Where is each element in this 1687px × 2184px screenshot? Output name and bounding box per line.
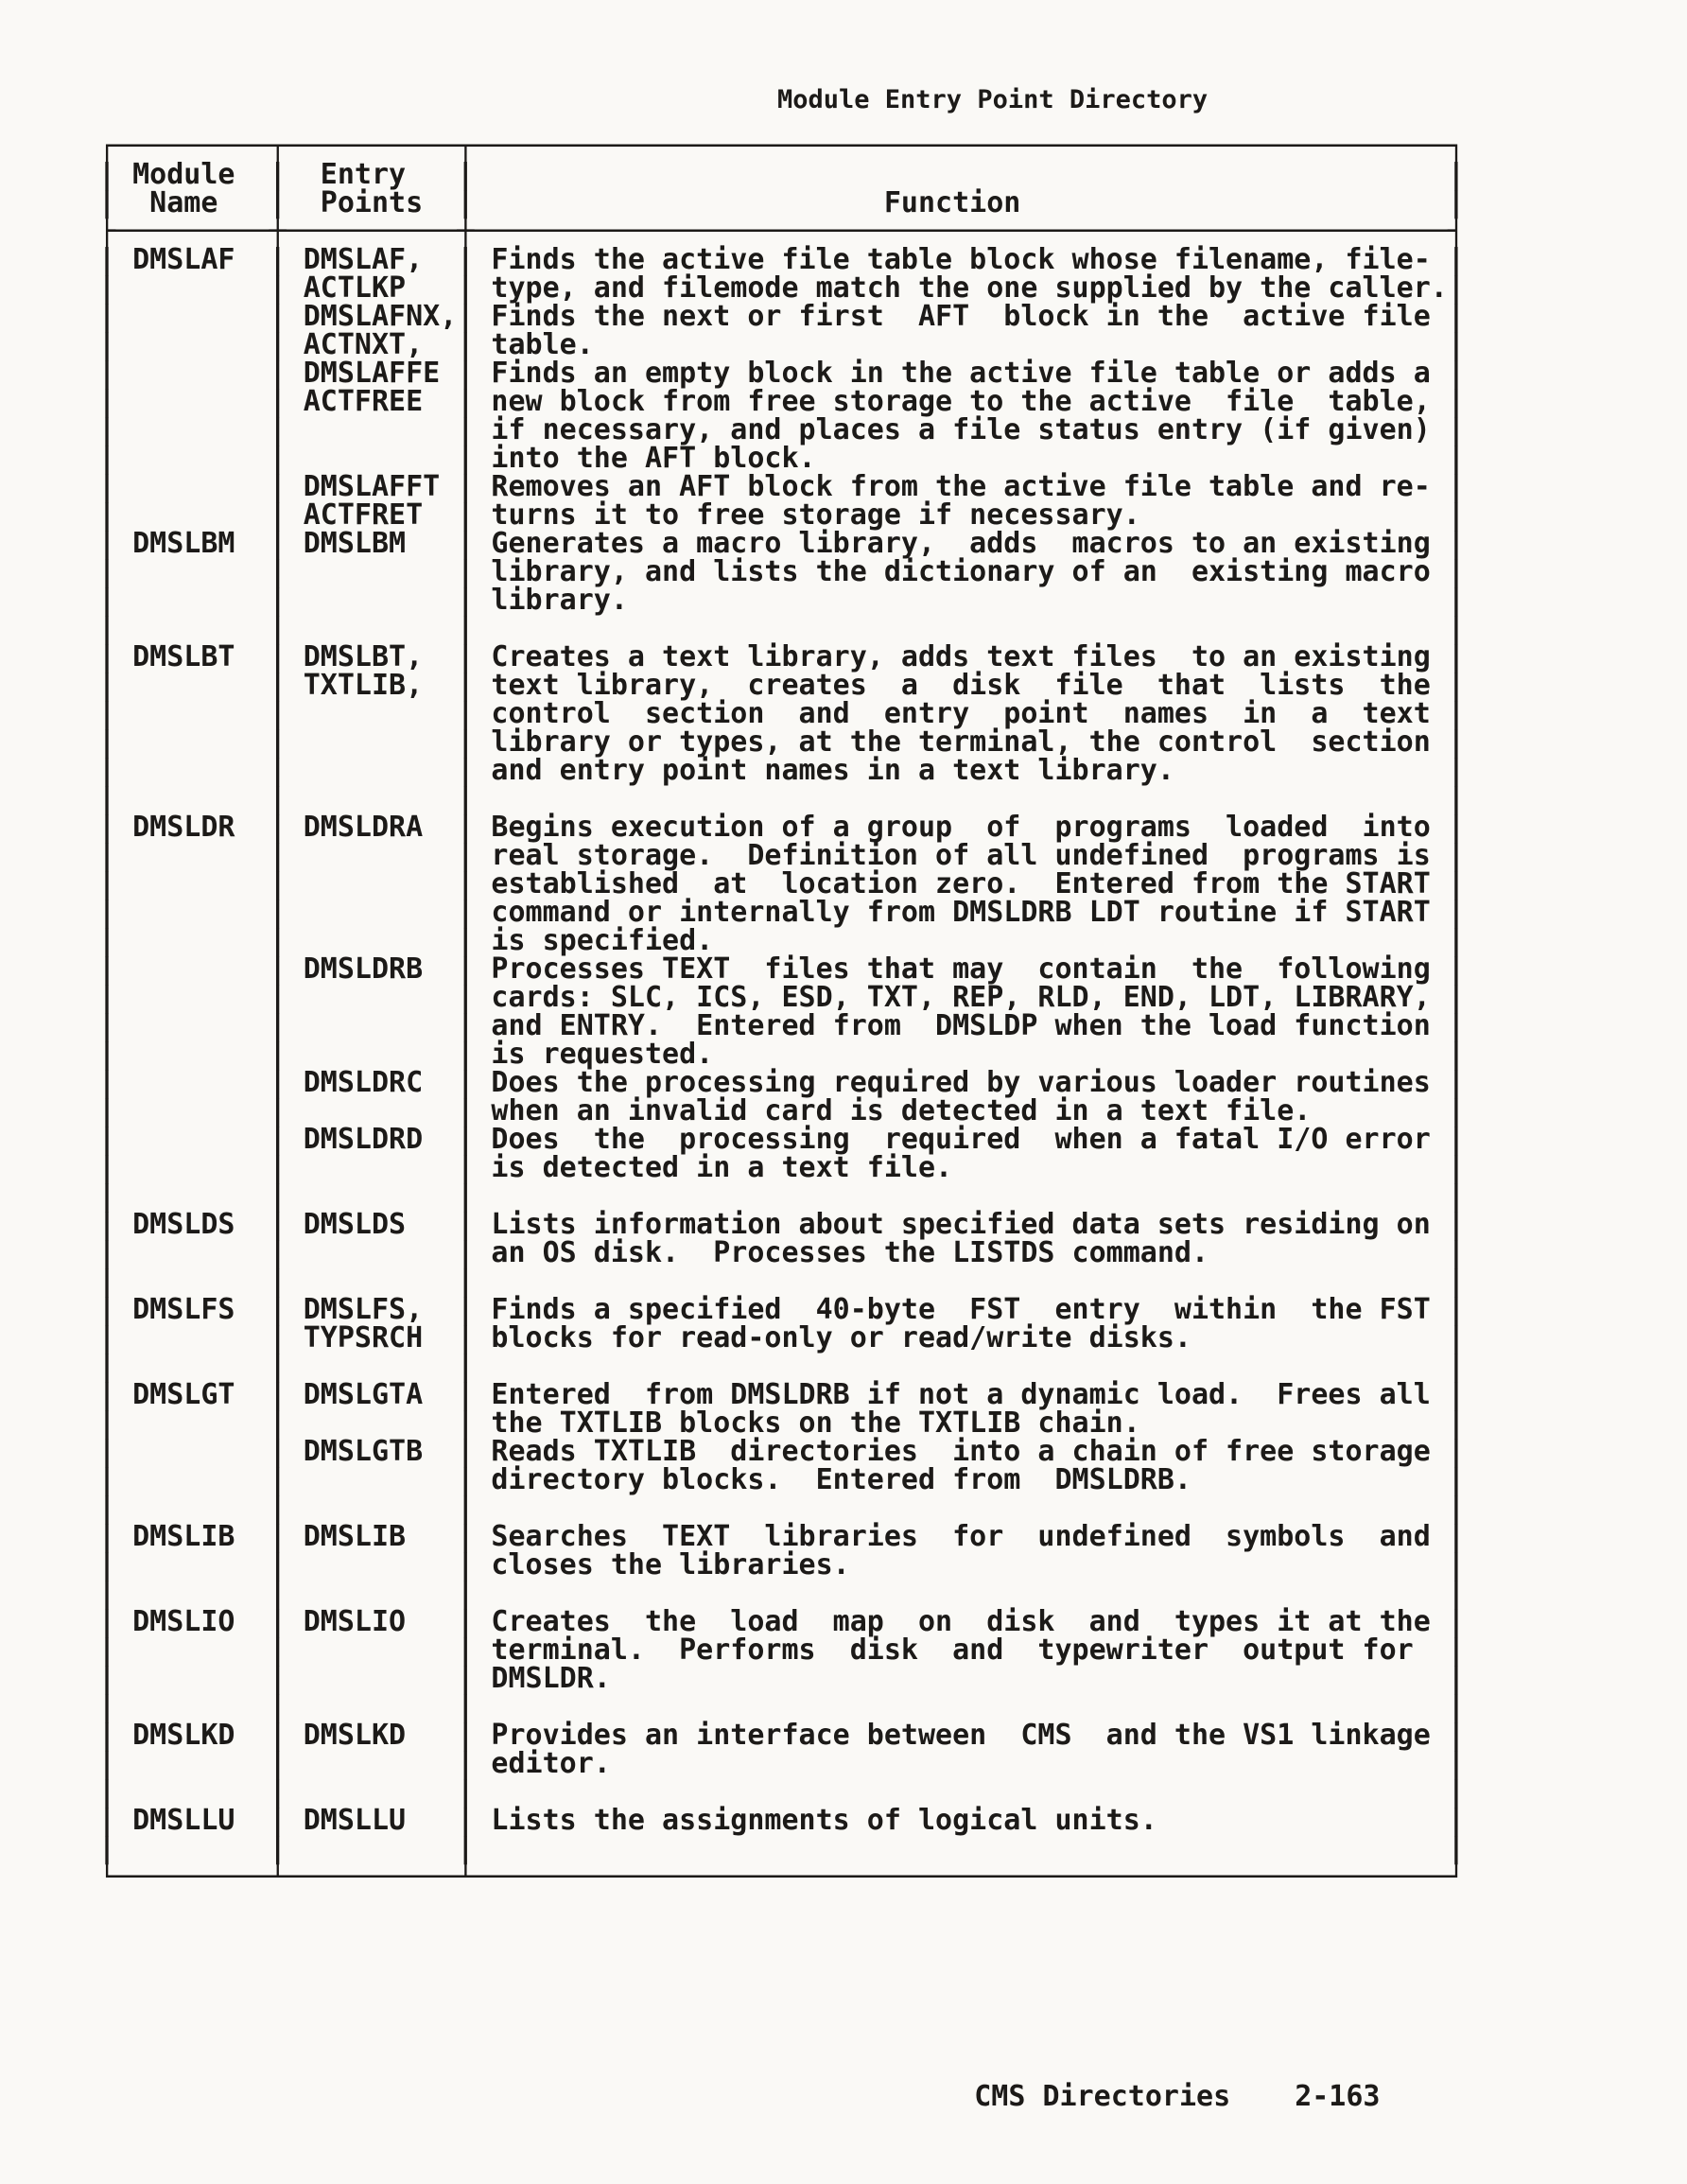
- table-row-dmsldr: | | | when an invalid card is detected i…: [98, 1097, 1465, 1126]
- table-row-dmslio: | | | terminal. Performs disk and typewr…: [98, 1636, 1465, 1665]
- table-row-dmsldr: | | | is requested. |: [98, 1040, 1465, 1069]
- table-row-dmslbt: | | | library or types, at the terminal,…: [98, 728, 1465, 757]
- table-row-dmsllu: | DMSLLU | DMSLLU | Lists the assignment…: [98, 1807, 1465, 1835]
- table-row-dmsldr: | | | cards: SLC, ICS, ESD, TXT, REP, RL…: [98, 984, 1465, 1012]
- table-spacer-row: | | | |: [98, 1693, 1465, 1721]
- page-title: Module Entry Point Directory: [777, 87, 1208, 113]
- table-spacer-row: | | | |: [98, 1580, 1465, 1608]
- table-row-dmsldr: | | DMSLDRD | Does the processing requir…: [98, 1126, 1465, 1154]
- table-row-dmslaf: | | | if necessary, and places a file st…: [98, 416, 1465, 445]
- table-row-dmslio: | | | DMSLDR. |: [98, 1665, 1465, 1693]
- table-header-row: | Name | Points | Function |: [98, 189, 1465, 218]
- document-page: Module Entry Point Directory ┌─────────┬…: [0, 0, 1687, 2184]
- table-row-dmslbt: | | | control section and entry point na…: [98, 700, 1465, 728]
- table-spacer-row: | | | |: [98, 1494, 1465, 1523]
- table-top-border: ┌─────────┬──────────┬──────────────────…: [98, 132, 1465, 161]
- table-row-dmslgt: | | | directory blocks. Entered from DMS…: [98, 1466, 1465, 1494]
- table-row-dmslfs: | DMSLFS | DMSLFS, | Finds a specified 4…: [98, 1296, 1465, 1324]
- table-row-dmsldr: | | | is specified. |: [98, 927, 1465, 955]
- table-bottom-border: └─────────┴──────────┴──────────────────…: [98, 1863, 1465, 1892]
- table-row-dmslib: | DMSLIB | DMSLIB | Searches TEXT librar…: [98, 1523, 1465, 1551]
- table-row-dmslaf: | | | into the AFT block. |: [98, 445, 1465, 473]
- footer-page-number: 2-163: [1295, 2080, 1380, 2113]
- table-row-dmslaf: | DMSLAF | DMSLAF, | Finds the active fi…: [98, 246, 1465, 274]
- table-spacer-row: | | | |: [98, 615, 1465, 643]
- table-row-dmslfs: | | TYPSRCH | blocks for read-only or re…: [98, 1324, 1465, 1353]
- table-row-dmsldr: | DMSLDR | DMSLDRA | Begins execution of…: [98, 813, 1465, 842]
- table-row-dmsldr: | | | real storage. Definition of all un…: [98, 842, 1465, 870]
- table-header-separator: ├─────────┼──────────┼──────────────────…: [98, 218, 1465, 246]
- table-row-dmslgt: | | DMSLGTB | Reads TXTLIB directories i…: [98, 1438, 1465, 1466]
- table-row-dmsldr: | | | established at location zero. Ente…: [98, 870, 1465, 899]
- table-row-dmsldr: | | | command or internally from DMSLDRB…: [98, 899, 1465, 927]
- table-row-dmslgt: | | | the TXTLIB blocks on the TXTLIB ch…: [98, 1409, 1465, 1438]
- table-row-dmslaf: | | ACTLKP | type, and filemode match th…: [98, 274, 1465, 303]
- table-row-dmsldr: | | DMSLDRB | Processes TEXT files that …: [98, 955, 1465, 984]
- table-row-dmslaf: | | DMSLAFFT | Removes an AFT block from…: [98, 473, 1465, 501]
- table-row-dmslaf: | | ACTFRET | turns it to free storage i…: [98, 501, 1465, 530]
- table-row-dmslib: | | | closes the libraries. |: [98, 1551, 1465, 1580]
- table-row-dmslgt: | DMSLGT | DMSLGTA | Entered from DMSLDR…: [98, 1381, 1465, 1409]
- table-row-dmslaf: | | ACTFREE | new block from free storag…: [98, 388, 1465, 416]
- table-row-dmslkd: | | | editor. |: [98, 1750, 1465, 1778]
- table-spacer-row: | | | |: [98, 1182, 1465, 1211]
- table-row-dmslio: | DMSLIO | DMSLIO | Creates the load map…: [98, 1608, 1465, 1636]
- table-row-dmslkd: | DMSLKD | DMSLKD | Provides an interfac…: [98, 1721, 1465, 1750]
- table-spacer-row: | | | |: [98, 785, 1465, 813]
- table-row-dmslds: | | | an OS disk. Processes the LISTDS c…: [98, 1239, 1465, 1267]
- table-spacer-row: | | | |: [98, 1778, 1465, 1807]
- table-row-dmslaf: | | DMSLAFNX,| Finds the next or first A…: [98, 303, 1465, 331]
- table-row-dmslbm: | DMSLBM | DMSLBM | Generates a macro li…: [98, 530, 1465, 558]
- table-row-dmslbm: | | | library, and lists the dictionary …: [98, 558, 1465, 586]
- table-header-row: | Module | Entry | |: [98, 161, 1465, 189]
- table-spacer-row: | | | |: [98, 1353, 1465, 1381]
- table-row-dmsldr: | | | and ENTRY. Entered from DMSLDP whe…: [98, 1012, 1465, 1040]
- table-row-dmslbt: | | TXTLIB, | text library, creates a di…: [98, 672, 1465, 700]
- table-spacer-row: | | | |: [98, 1835, 1465, 1863]
- page-footer: CMS Directories2-163: [906, 2054, 1381, 2140]
- table-row-dmsldr: | | DMSLDRC | Does the processing requir…: [98, 1069, 1465, 1097]
- table-row-dmslbt: | | | and entry point names in a text li…: [98, 757, 1465, 785]
- footer-section-title: CMS Directories: [974, 2080, 1230, 2113]
- table-spacer-row: | | | |: [98, 1267, 1465, 1296]
- module-entry-point-table: ┌─────────┬──────────┬──────────────────…: [98, 132, 1465, 1892]
- table-row-dmslaf: | | DMSLAFFE | Finds an empty block in t…: [98, 359, 1465, 388]
- table-row-dmslaf: | | ACTNXT, | table. |: [98, 331, 1465, 359]
- table-row-dmslbt: | DMSLBT | DMSLBT, | Creates a text libr…: [98, 643, 1465, 672]
- table-row-dmsldr: | | | is detected in a text file. |: [98, 1154, 1465, 1182]
- table-row-dmslds: | DMSLDS | DMSLDS | Lists information ab…: [98, 1211, 1465, 1239]
- table-row-dmslbm: | | | library. |: [98, 586, 1465, 615]
